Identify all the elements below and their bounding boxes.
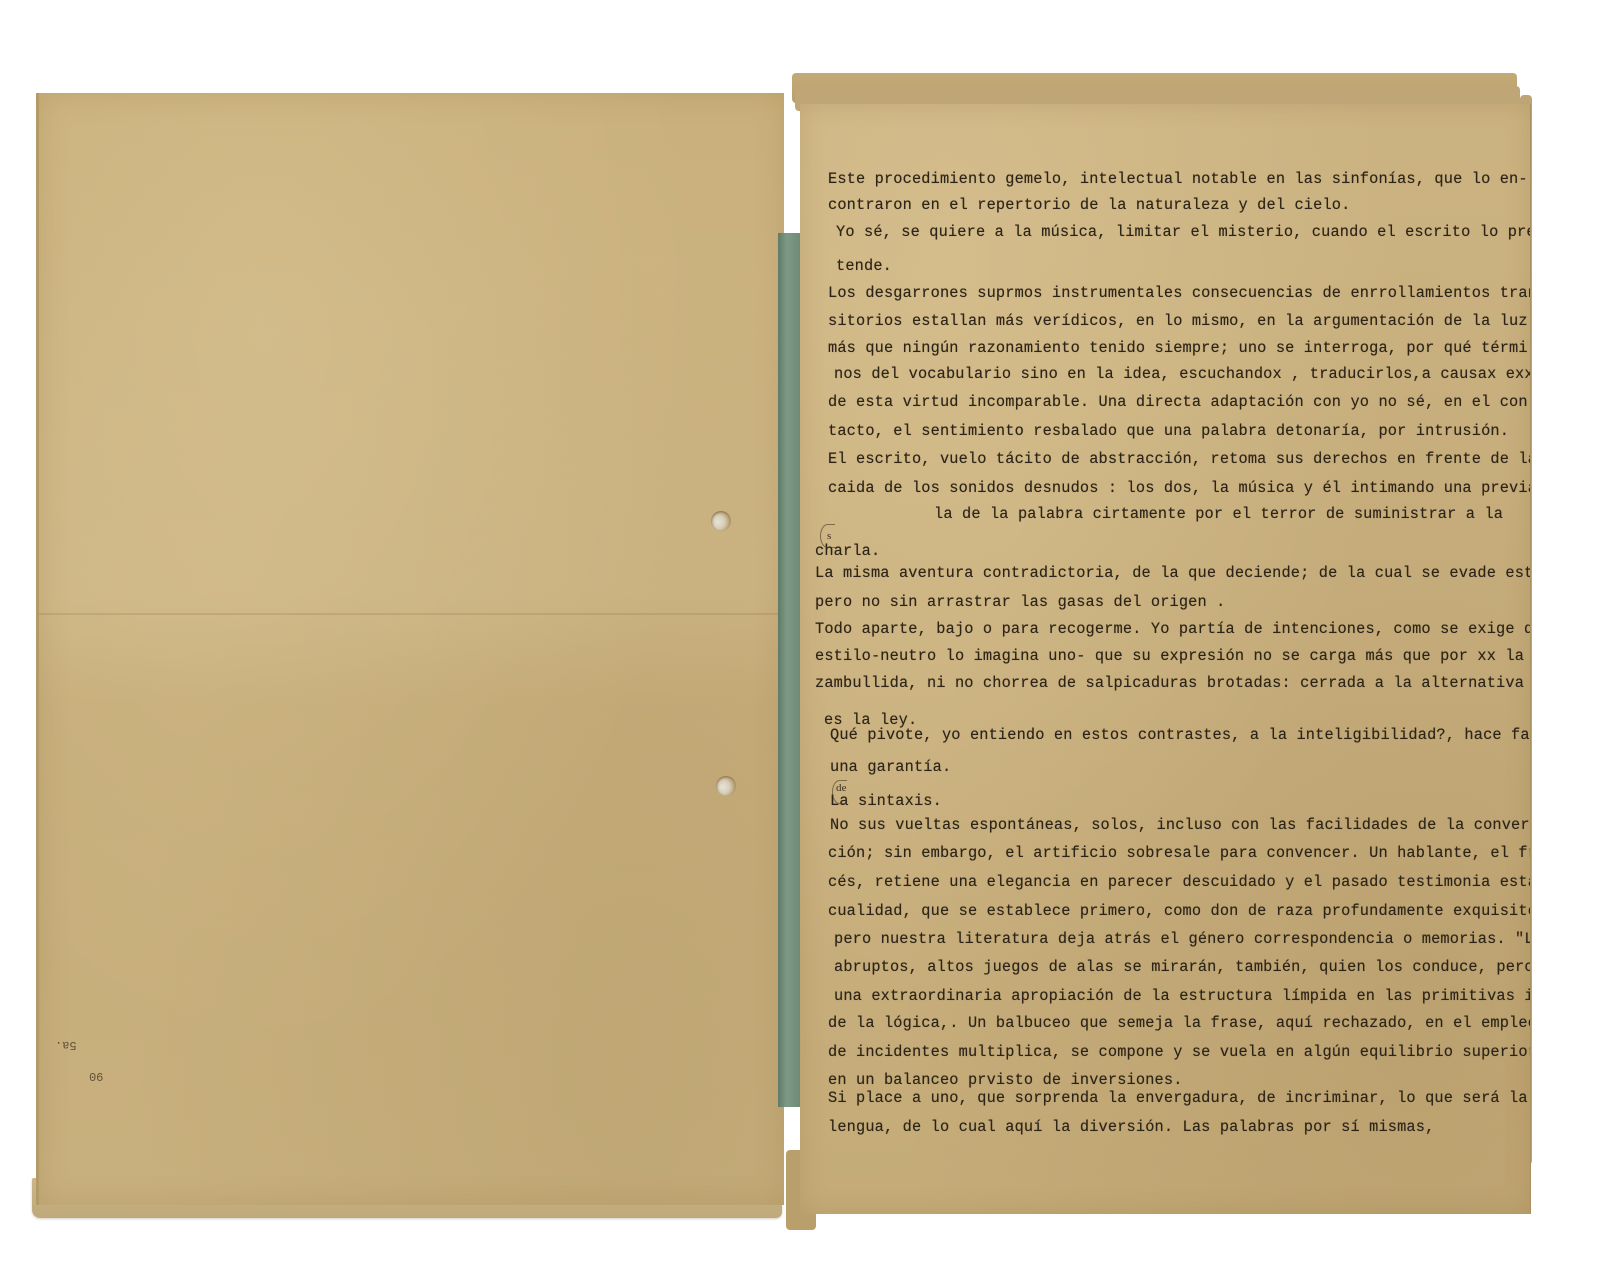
text-line: la de la palabra cirtamente por el terro…: [934, 507, 1503, 522]
text-line: una garantía.: [830, 760, 951, 775]
text-line: ción; sin embargo, el artificio sobresal…: [828, 846, 1530, 861]
text-line: Yo sé, se quiere a la música, limitar el…: [836, 225, 1530, 240]
right-page-typescript: Este procedimiento gemelo, intelectual n…: [800, 104, 1530, 1214]
text-line: en un balanceo prvisto de inversiones.: [828, 1073, 1183, 1088]
text-line: tende.: [836, 259, 892, 274]
text-line: Todo aparte, bajo o para recogerme. Yo p…: [815, 622, 1530, 637]
text-line: Los desgarrones suprmos instrumentales c…: [828, 286, 1530, 301]
text-line: de esta virtud incomparable. Una directa…: [828, 395, 1530, 410]
left-page-blank-verso: 5a. 90: [36, 93, 784, 1205]
margin-annotation: de: [836, 782, 847, 794]
punch-hole-icon: [711, 511, 731, 531]
text-line: abruptos, altos juegos de alas se mirará…: [834, 960, 1530, 975]
left-margin-mark: 5a.: [55, 1038, 77, 1052]
punch-hole-icon: [716, 776, 736, 796]
text-line: El escrito, vuelo tácito de abstracción,…: [828, 452, 1530, 467]
text-line: lengua, de lo cual aquí la diversión. La…: [828, 1120, 1434, 1135]
text-line: cualidad, que se establece primero, como…: [828, 904, 1530, 919]
text-line: pero no sin arrastrar las gasas del orig…: [815, 595, 1226, 610]
typescript-body: Este procedimiento gemelo, intelectual n…: [800, 104, 1530, 1214]
text-line: contraron en el repertorio de la natural…: [828, 198, 1350, 213]
text-line: Qué pivote, yo entiendo en estos contras…: [830, 728, 1530, 743]
text-line: cés, retiene una elegancia en parecer de…: [828, 875, 1530, 890]
text-line: tacto, el sentimiento resbalado que una …: [828, 424, 1509, 439]
text-line: más que ningún razonamiento tenido siemp…: [828, 341, 1530, 356]
text-line: caida de los sonidos desnudos : los dos,…: [828, 481, 1530, 496]
text-line: No sus vueltas espontáneas, solos, inclu…: [830, 818, 1530, 833]
text-line: sitorios estallan más verídicos, en lo m…: [828, 314, 1528, 329]
text-line: Este procedimiento gemelo, intelectual n…: [828, 172, 1528, 187]
text-line: nos del vocabulario sino en la idea, esc…: [834, 367, 1530, 382]
text-line: pero nuestra literatura deja atrás el gé…: [834, 932, 1530, 947]
left-margin-mark: 90: [89, 1069, 103, 1083]
text-line: de incidentes multiplica, se compone y s…: [828, 1045, 1530, 1060]
page-fold-crease: [39, 613, 784, 615]
margin-annotation: s: [827, 530, 831, 542]
text-line: Si place a uno, que sorprenda la enverga…: [828, 1091, 1528, 1106]
text-line: zambullida, ni no chorrea de salpicadura…: [815, 676, 1530, 691]
text-line: una extraordinaria apropiación de la est…: [834, 989, 1530, 1004]
text-line: de la lógica,. Un balbuceo que semeja la…: [828, 1016, 1530, 1031]
green-folder-spine: [778, 233, 800, 1107]
text-line: estilo-neutro lo imagina uno- que su exp…: [815, 649, 1524, 664]
text-line: La misma aventura contradictoria, de la …: [815, 566, 1530, 581]
left-page-stack: 5a. 90: [36, 93, 781, 1217]
